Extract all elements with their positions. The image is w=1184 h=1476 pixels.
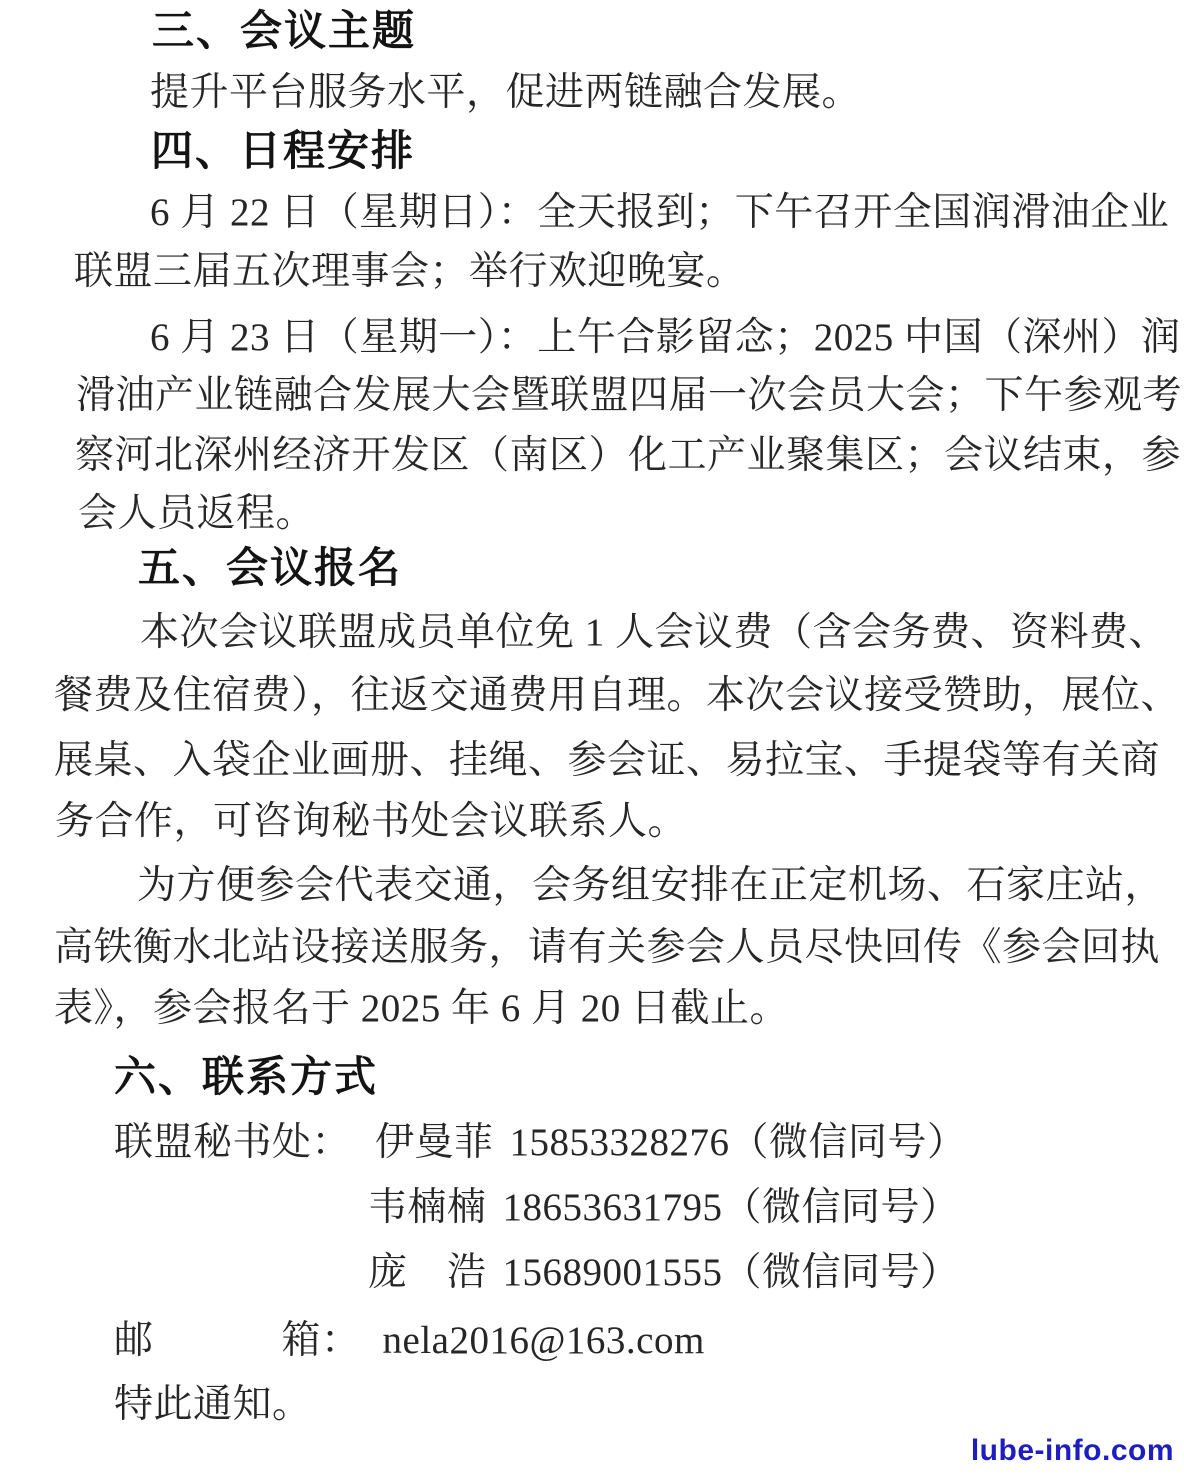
body-line: 察河北深州经济开发区（南区）化工产业聚集区；会议结束，参: [75, 431, 1181, 481]
body-line: 务合作，可咨询秘书处会议联系人。: [55, 797, 687, 847]
body-line: 会人员返程。: [78, 489, 315, 539]
contact-phone: 15853328276: [510, 1121, 730, 1164]
body-line: 6 月 23 日（星期一）：上午合影留念；2025 中国（深州）润: [150, 313, 1181, 363]
body-line: 提升平台服务水平，促进两链融合发展。: [150, 68, 861, 118]
contact-line: 庞 浩15689001555（微信同号）: [368, 1248, 960, 1298]
contact-name: 伊曼菲: [375, 1121, 494, 1164]
contact-note: （微信同号）: [723, 1251, 960, 1294]
site-watermark: lube-info.com: [971, 1434, 1174, 1468]
section-heading-registration: 五、会议报名: [138, 543, 402, 593]
contact-name: 韦楠楠: [368, 1186, 487, 1229]
section-heading-contact: 六、联系方式: [114, 1052, 378, 1102]
contact-line-secretariat: 联盟秘书处：伊曼菲15853328276（微信同号）: [114, 1118, 967, 1168]
body-line: 高铁衡水北站设接送服务，请有关参会人员尽快回传《参会回执: [54, 923, 1160, 973]
contact-phone: 18653631795: [503, 1186, 723, 1229]
contact-note: （微信同号）: [730, 1121, 967, 1164]
body-line: 滑油产业链融合发展大会暨联盟四届一次会员大会；下午参观考: [76, 371, 1182, 421]
body-line: 餐费及住宿费），往返交通费用自理。本次会议接受赞助，展位、: [54, 671, 1180, 721]
body-line: 6 月 22 日（星期日）：全天报到；下午召开全国润滑油企业: [150, 188, 1169, 238]
contact-phone: 15689001555: [503, 1251, 723, 1294]
contact-name: 庞 浩: [368, 1251, 487, 1294]
secretariat-label: 联盟秘书处：: [114, 1121, 351, 1164]
email-line: 邮箱：nela2016@163.com: [114, 1316, 705, 1366]
body-line: 为方便参会代表交通，会务组安排在正定机场、石家庄站，: [137, 861, 1164, 911]
contact-note: （微信同号）: [723, 1186, 960, 1229]
email-address: nela2016@163.com: [383, 1319, 705, 1362]
closing-line: 特此通知。: [114, 1380, 312, 1430]
email-label-end: 箱：: [282, 1319, 361, 1362]
body-line: 表》，参会报名于 2025 年 6 月 20 日截止。: [54, 984, 789, 1034]
body-line: 展桌、入袋企业画册、挂绳、参会证、易拉宝、手提袋等有关商: [54, 736, 1160, 786]
body-line: 本次会议联盟成员单位免 1 人会议费（含会务费、资料费、: [140, 608, 1168, 658]
section-heading-meeting-theme: 三、会议主题: [152, 6, 416, 56]
section-heading-agenda: 四、日程安排: [151, 126, 415, 176]
email-label-start: 邮: [114, 1319, 154, 1362]
body-line: 联盟三届五次理事会；举行欢迎晚宴。: [74, 247, 746, 297]
notice-document-page: 三、会议主题 提升平台服务水平，促进两链融合发展。 四、日程安排 6 月 22 …: [0, 0, 1184, 1476]
contact-line: 韦楠楠18653631795（微信同号）: [368, 1183, 960, 1233]
